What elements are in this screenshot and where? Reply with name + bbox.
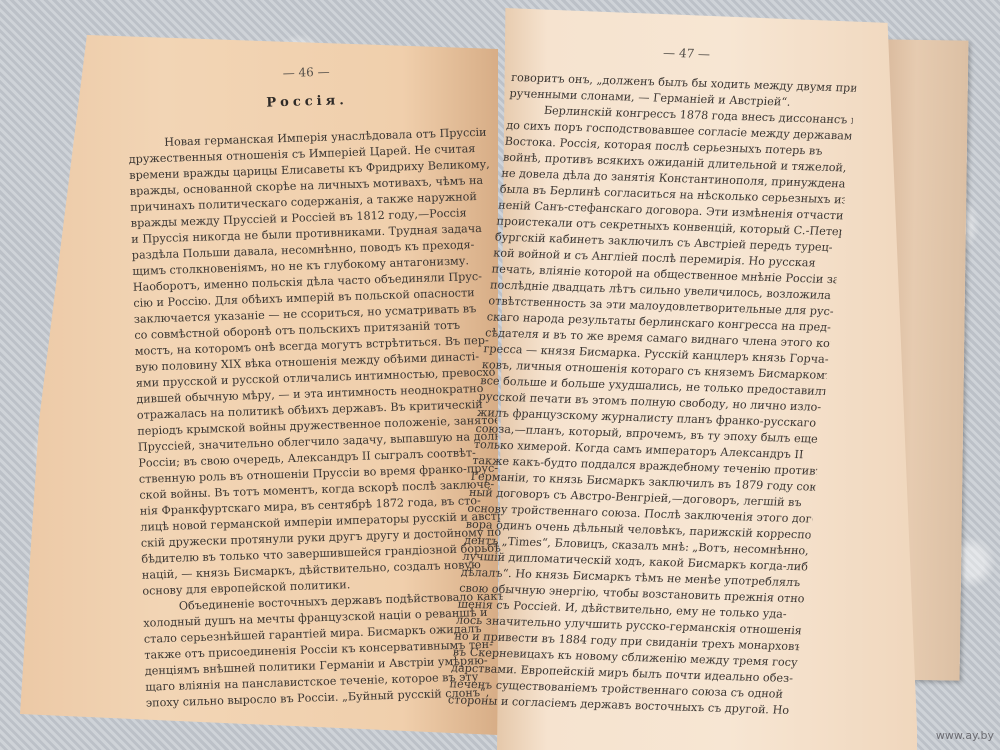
right-page-text: — 47 — говоритъ онъ, „долженъ былъ бы хо… [447,40,860,719]
left-page-text: — 46 — Россія. Новая германская Имперія … [126,59,506,712]
watermark: www.ay.by [936,729,994,742]
chapter-heading: Россія. [127,89,487,116]
right-page-body: говоритъ онъ, „долженъ былъ бы ходить ме… [447,70,857,719]
left-page-body: Новая германская Имперія унаслѣдовала от… [128,125,506,712]
